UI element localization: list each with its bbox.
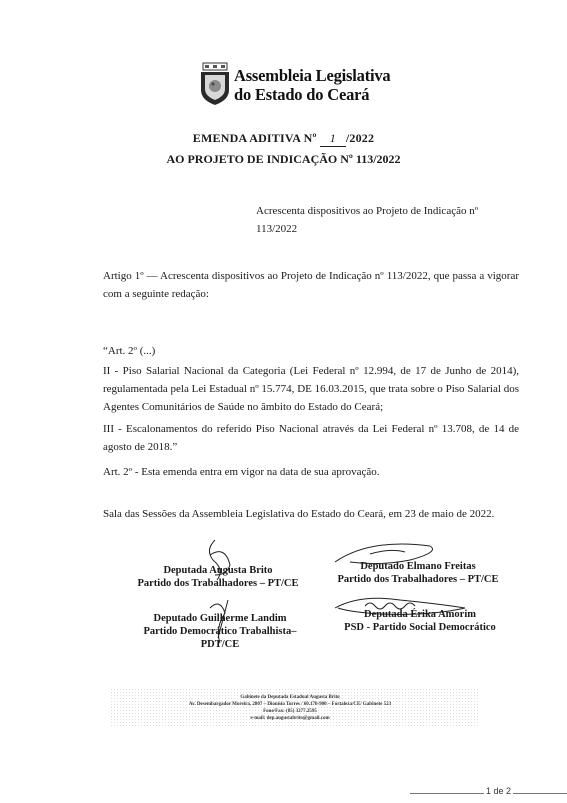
item-ii: II - Piso Salarial Nacional da Categoria…	[103, 362, 519, 416]
signer-party: Partido dos Trabalhadores – PT/CE	[303, 573, 533, 586]
footer-email: e-mail: dep.augustabrito@gmail.com	[110, 715, 470, 722]
closing-statement: Sala das Sessões da Assembleia Legislati…	[103, 505, 519, 523]
article-1: Artigo 1º — Acrescenta dispositivos ao P…	[103, 267, 519, 303]
quote-start: “Art. 2º (...)	[103, 342, 519, 360]
institution-name: Assembleia Legislativa do Estado do Cear…	[234, 66, 390, 104]
signer-party: Partido Democrático Trabalhista– PDT/CE	[110, 625, 330, 651]
amendment-suffix: /2022	[346, 131, 374, 145]
project-title: AO PROJETO DE INDICAÇÃO Nº 113/2022	[0, 152, 567, 167]
page-indicator: 1 de 2	[484, 786, 513, 796]
institution-line-2: do Estado do Ceará	[234, 85, 390, 104]
article-2: Art. 2º - Esta emenda entra em vigor na …	[103, 463, 519, 481]
signer-name: Deputado Guilherme Landim	[110, 612, 330, 625]
item-iii: III - Escalonamentos do referido Piso Na…	[103, 420, 519, 456]
signer-name: Deputado Elmano Freitas	[303, 560, 533, 573]
ementa: Acrescenta dispositivos ao Projeto de In…	[256, 202, 486, 238]
signer-name: Deputada Augusta Brito	[118, 564, 318, 577]
amendment-prefix: EMENDA ADITIVA Nº	[193, 131, 317, 145]
institution-line-1: Assembleia Legislativa	[234, 66, 390, 85]
amendment-title: EMENDA ADITIVA Nº 1/2022	[0, 131, 567, 147]
signature-block-elmano-freitas: Deputado Elmano Freitas Partido dos Trab…	[303, 560, 533, 586]
footer-phone: Fone/Fax: (85) 3277.2595	[110, 708, 470, 715]
signature-block-augusta-brito: Deputada Augusta Brito Partido dos Traba…	[118, 564, 318, 590]
office-footer: Gabinete da Deputada Estadual Augusta Br…	[110, 694, 470, 722]
footer-office: Gabinete da Deputada Estadual Augusta Br…	[110, 694, 470, 701]
signer-name: Deputada Érika Amorim	[320, 608, 520, 621]
signer-party: Partido dos Trabalhadores – PT/CE	[118, 577, 318, 590]
signature-block-erika-amorim: Deputada Érika Amorim PSD - Partido Soci…	[320, 608, 520, 634]
amendment-number: 1	[320, 131, 346, 147]
footer-address: Av. Desembargador Moreira, 2807 – Dionís…	[110, 701, 470, 708]
coat-of-arms-icon	[197, 62, 233, 106]
signer-party: PSD - Partido Social Democrático	[320, 621, 520, 634]
signature-block-guilherme-landim: Deputado Guilherme Landim Partido Democr…	[110, 612, 330, 651]
